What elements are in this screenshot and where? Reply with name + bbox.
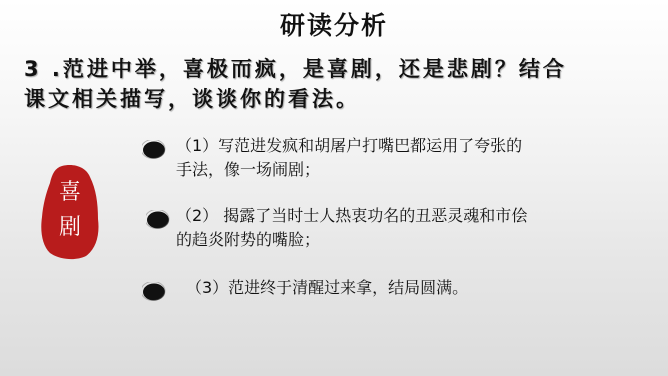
ink-bullet-icon [142, 140, 166, 160]
point-1-line-1: （1）写范进发疯和胡屠户打嘴巴都运用了夸张的 [176, 134, 522, 158]
question-line-1: 3 .范进中举，喜极而疯，是喜剧，还是悲剧？结合 [24, 54, 654, 84]
slide-title: 研读分析 [0, 6, 668, 42]
point-3-line-1: （3）范进终于清醒过来拿，结局圆满。 [186, 276, 468, 300]
seal-char-2: 剧 [40, 210, 100, 245]
red-seal-stamp: 喜 剧 [40, 163, 100, 261]
question-line-2: 课文相关描写，谈谈你的看法。 [24, 84, 654, 114]
ink-bullet-icon [142, 282, 166, 302]
point-1-line-2: 手法，像一场闹剧； [176, 158, 522, 182]
point-2-line-2: 的趋炎附势的嘴脸； [176, 228, 527, 252]
seal-char-1: 喜 [40, 175, 100, 210]
question-text: 3 .范进中举，喜极而疯，是喜剧，还是悲剧？结合 课文相关描写，谈谈你的看法。 [24, 54, 654, 114]
ink-bullet-icon [146, 210, 170, 230]
point-2-line-1: （2） 揭露了当时士人热衷功名的丑恶灵魂和市侩 [176, 204, 527, 228]
